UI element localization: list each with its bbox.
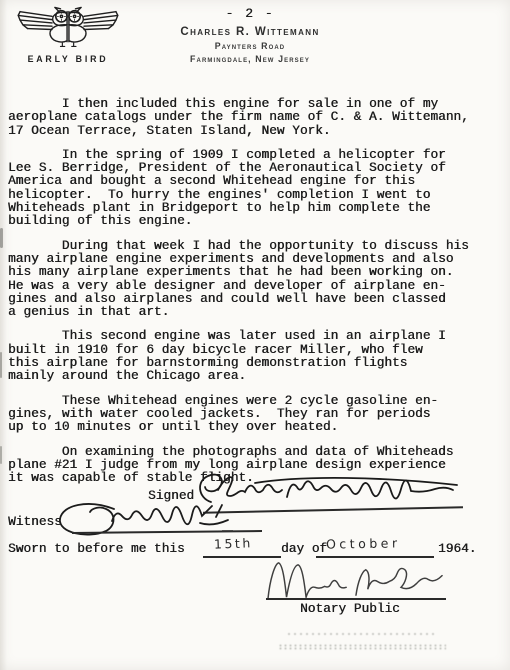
letter-body: I then included this engine for sale in …	[8, 97, 504, 495]
sworn-year-value: 1964.	[438, 541, 476, 556]
notary-title: Notary Public	[300, 601, 400, 616]
paragraph-3: During that week I had the opportunity t…	[8, 239, 504, 319]
sworn-day-suffix: day of	[281, 541, 327, 556]
notary-signature	[262, 558, 448, 603]
early-bird-wings-icon	[16, 6, 120, 53]
paragraph-4: This second engine was later used in an …	[8, 329, 504, 382]
sworn-day-value: 15th	[214, 535, 253, 551]
scan-edge-artifact	[0, 228, 3, 248]
paragraph-2: In the spring of 1909 I completed a heli…	[8, 148, 504, 228]
early-bird-label: Early Bird	[12, 54, 124, 64]
sworn-prefix: Sworn to before me this	[8, 541, 185, 556]
scanned-letter-page: Early Bird - 2 - Charles R. Wittemann Pa…	[0, 0, 510, 670]
letterhead: - 2 - Charles R. Wittemann Paynters Road…	[115, 6, 385, 65]
paragraph-5: These Whitehead engines were 2 cycle gas…	[8, 394, 504, 434]
page-number: - 2 -	[115, 6, 385, 21]
notary-stamp-line-1	[286, 632, 438, 637]
scan-tick-artifact	[222, 530, 233, 532]
notary-stamp-line-2	[278, 644, 446, 650]
paragraph-1: I then included this engine for sale in …	[8, 97, 504, 137]
letterhead-name: Charles R. Wittemann	[115, 26, 385, 38]
scan-edge-artifact	[0, 352, 2, 378]
early-bird-logo: Early Bird	[12, 6, 124, 64]
scan-edge-artifact	[0, 446, 2, 464]
letterhead-address-line1: Paynters Road	[115, 40, 385, 53]
letterhead-address-line2: Farmingdale, New Jersey	[115, 53, 385, 66]
sworn-month-value: October	[326, 535, 401, 551]
